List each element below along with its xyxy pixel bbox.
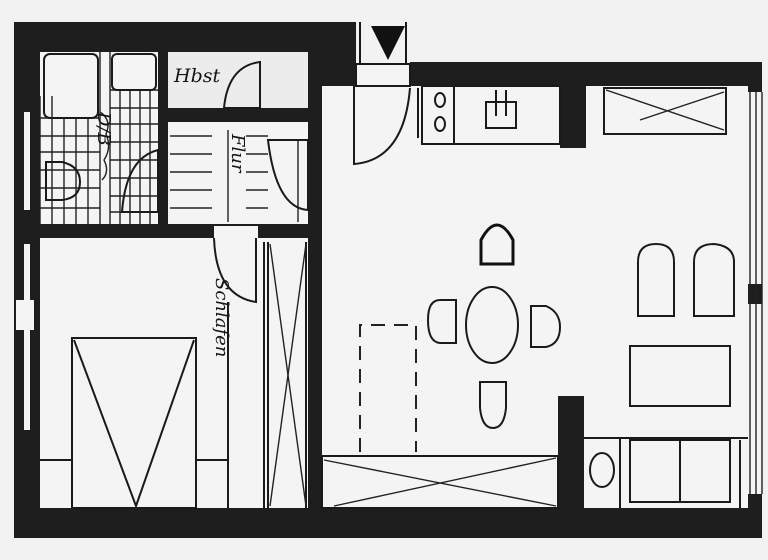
room-label-bedroom: Schlafen bbox=[211, 278, 232, 357]
room-label-hallway: Flur bbox=[227, 133, 248, 174]
room-storage: Hbst bbox=[168, 52, 308, 108]
room-label-shower-bath: D/B bbox=[93, 111, 114, 146]
room-label-storage: Hbst bbox=[173, 65, 220, 87]
floor-plan: D/B Hbst Flur bbox=[0, 0, 768, 560]
